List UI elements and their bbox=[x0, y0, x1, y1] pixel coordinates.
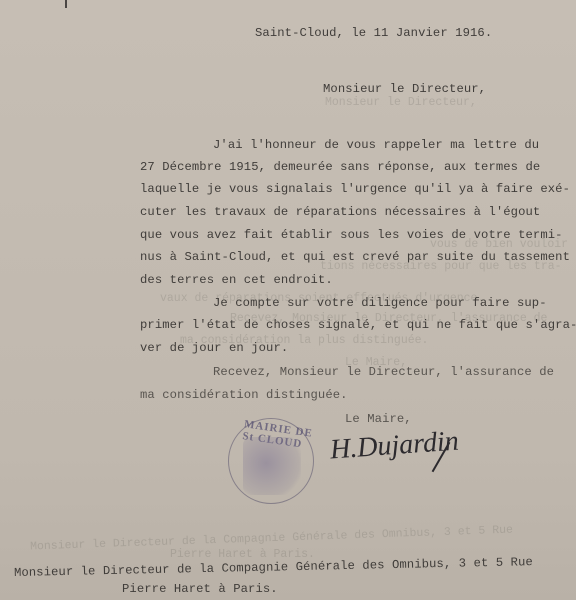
body-line: J'ai l'honneur de vous rappeler ma lettr… bbox=[213, 138, 539, 152]
salutation: Monsieur le Directeur, bbox=[323, 82, 486, 96]
body-line: Recevez, Monsieur le Directeur, l'assura… bbox=[213, 365, 554, 379]
mairie-stamp: MAIRIE DE St CLOUD bbox=[228, 418, 314, 504]
body-line: Je compte sur votre diligence pour faire… bbox=[213, 296, 547, 310]
letter-page: Monsieur le Directeur, vous de bien voul… bbox=[0, 0, 576, 600]
body-line: ma considération distinguée. bbox=[140, 388, 348, 402]
recipient-address-line2: Pierre Haret à Paris. bbox=[122, 582, 278, 596]
closing: Le Maire, bbox=[345, 412, 412, 426]
body-line: nus à Saint-Cloud, et qui est crevé par … bbox=[140, 250, 570, 264]
body-line: que vous avez fait établir sous les voie… bbox=[140, 228, 563, 242]
body-line: 27 Décembre 1915, demeurée sans réponse,… bbox=[140, 160, 540, 174]
body-line: ver de jour en jour. bbox=[140, 341, 288, 355]
body-line: laquelle je vous signalais l'urgence qu'… bbox=[140, 182, 570, 196]
body-line: cuter les travaux de réparations nécessa… bbox=[140, 205, 540, 219]
ghost-text: Pierre Haret à Paris. bbox=[170, 548, 315, 561]
place-date: Saint-Cloud, le 11 Janvier 1916. bbox=[255, 26, 492, 40]
ghost-text: Monsieur le Directeur, bbox=[325, 96, 477, 109]
edge-mark bbox=[65, 0, 67, 8]
body-line: primer l'état de choses signalé, et qui … bbox=[140, 318, 576, 332]
body-line: des terres en cet endroit. bbox=[140, 273, 333, 287]
stamp-emblem bbox=[243, 437, 301, 495]
